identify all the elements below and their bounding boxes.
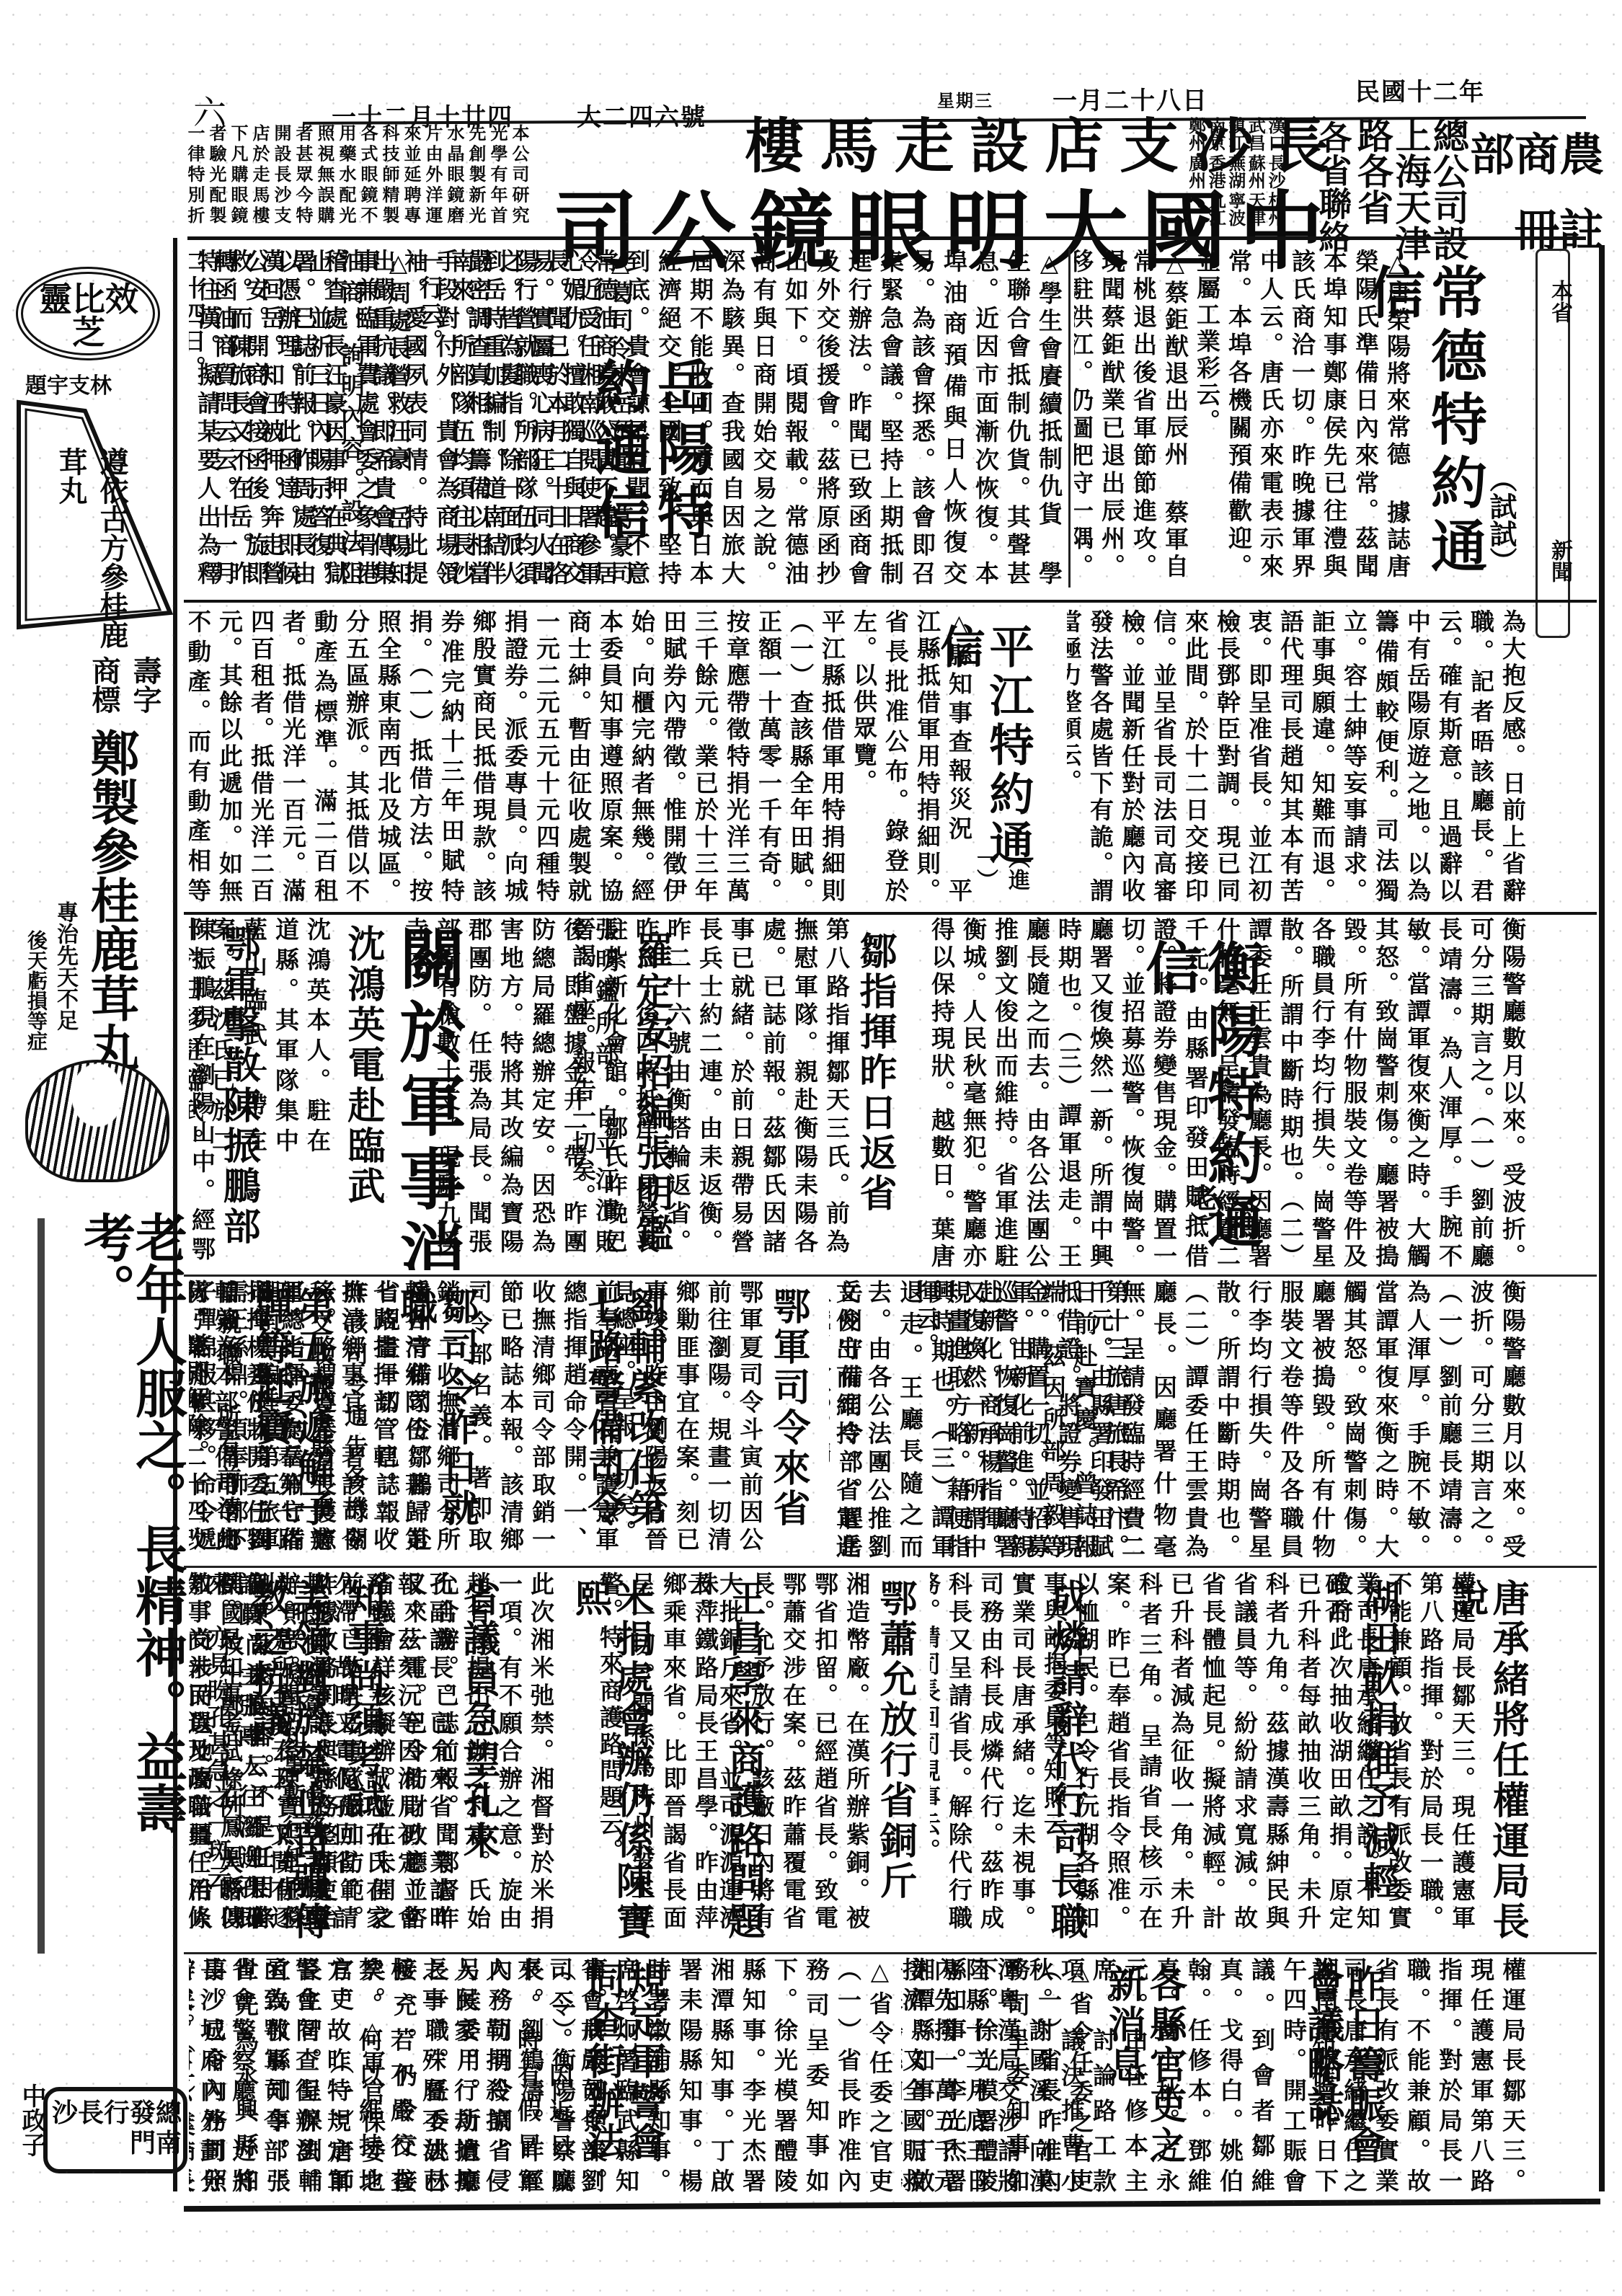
paragraph: △葛司令來岳預聞 葛豪司令近受任湘南巡閱使署參軍長。聞已於本月二十日在洛陽行營就… [414, 249, 636, 588]
subarticle-title: 湖田畝捐准予減輕 [1357, 1579, 1399, 1902]
provincial-right: 唐承緒將任權運局長說 權運局長鄒天三。現任護憲軍第八路指揮。對於局長一職。不能兼… [930, 1572, 1528, 1946]
subarticle-body: 權運局長鄒天三。現任護憲軍第八路指揮。對於局長一職。不能兼顧。故省長有派改委實業… [1399, 1957, 1528, 2195]
branch-city: 南京 [1206, 117, 1226, 151]
paragraph: △周處長營救汪豪 岳陽知事兼臨軍費處會委之象骨港稽查處長汪豪因事押在典獄署。已誌… [189, 249, 414, 588]
branch-city: 九江 [1206, 192, 1226, 226]
subarticle-title: 王昌學來商護路問題 [723, 1579, 764, 1942]
military-middle: 鄒指揮昨日返省 第八路指揮鄒天三氏。前為撫慰軍隊。親赴衡陽耒陽各處。已誌前報。茲… [477, 917, 924, 1270]
branch-city: 蘇州 [1246, 154, 1266, 189]
paragraph: 平江縣抵借軍用特捐細則（一）查該縣全年田賦。正額一十萬零一千有奇。按章應帶徵特捐… [189, 609, 848, 905]
column-divider [1068, 249, 1071, 588]
row-rule-2 [184, 912, 1597, 915]
oval-title: 效比靈芝 [27, 283, 150, 349]
subarticle-body: 陳振鵬現在瀏陽山中。經鄂軍方團長查悉。派軍前往瀏陽東鄉。暴行清鄉。比將陳部擊散。… [189, 917, 218, 1263]
article-body-right: △學生會賡續抵制仇貨 學生聯合會抵制仇貨。其聲甚息。近因市面漸次恢復。本埠油商預… [719, 249, 1065, 588]
article-body: △唐榮陽將來常德 據誌唐榮陽氏準備日內來常。茲聞本埠知事鄭康侯先已往澧與該氏商洽… [1074, 249, 1413, 580]
article-body: 為大抱反感。日前上省辭職。記者晤該廳長。君云。確有斯意。且過辭以中有岳陽原遊之地… [1067, 609, 1528, 905]
subarticle-title: 羅定安招編張明鑑 [631, 931, 672, 1254]
branch-city: 天津 [1246, 192, 1266, 226]
bottom-left: △省令任委之官吏 （一）省長昨准內務司呈委知事如下。徐光模署醴陵縣知事。李光杰署… [189, 1957, 895, 2202]
masthead-republic-year: 民國十二年 [1355, 72, 1485, 107]
oval-caption: 林支宇題 [25, 368, 112, 399]
bottom-right: 昨日籌賑會會議略誌 湖南籌賑會昨日下午四時。開工賑會議。到會者鄒維真。戈得白。姚… [901, 1957, 1528, 2202]
branch-city: 蕪湖 [1226, 154, 1246, 189]
left-ad: 效比靈芝 林支宇題 遵依古方參桂鹿茸丸 壽字商標 鄭製參桂鹿茸丸 專治先天不足 … [0, 238, 173, 2199]
banner-registration: 農商部註冊 [1467, 117, 1604, 269]
subarticle-body: 實業司長唐承緒。迄未視事。司務由科長成燐代行。茲昨成科長又呈請省長。解除代行職務… [930, 1572, 1038, 1932]
article-body: 衡陽警廳數月以來。受波折。可分三期言之。（一）劉前廳長靖濤。為人渾厚。手腕不敏。… [930, 917, 1528, 1270]
subarticle-title: 知事尚須考試 [342, 1579, 384, 1821]
subarticle-body: 張明鑑所部。自平江潰敗後。即盤據金井一帶。昨團防總局羅總辦定安。因恐為害地方。特… [477, 917, 621, 1256]
military-row4-right: 衡陽警廳數月以來。受波折。可分三期言之。（一）劉前廳長靖濤。為人渾厚。手腕不敏。… [829, 1280, 1528, 1561]
pennant-text: 遵依古方參桂鹿茸丸 [50, 447, 133, 663]
article-pingjiang: 平江特約通信 （進一） △縣知事查報災況 平江縣抵借軍用特捐細則。省長批准公布。… [189, 609, 1061, 905]
article-body: △縣知事查報災況 平江縣抵借軍用特捐細則。省長批准公布。錄登於左。以供眾覽。 平… [189, 609, 975, 905]
subarticle-body: 岳州守備司令鄒鵬。赴省規畫一切。已誌報。昨該司令通告各機關云。略謂遵奉省長護憲軍… [347, 1280, 434, 1553]
article-misc-top-right: 為大抱反感。日前上省辭職。記者晤該廳長。君云。確有斯意。且過辭以中有岳陽原遊之地… [1067, 609, 1528, 905]
brand-mark: 壽字商標 [94, 656, 166, 728]
branch-city: 鄭州 [1186, 117, 1206, 151]
subarticle-body: 第八路指揮鄒天三氏。前為撫慰軍隊。親赴衡陽耒陽各處。已誌前報。茲鄒氏因諸事已就緒… [679, 917, 852, 1256]
section-tab-top: 本省 [1543, 280, 1575, 323]
section-tab-bottom: 新聞 [1543, 539, 1575, 582]
subarticle-body: 衡陽警廳數月以來。受波折。可分三期言之。（一）劉前廳長靖濤。為人渾厚。手腕不敏。… [1168, 1280, 1528, 1561]
indication-1: 專治先天不足 [49, 901, 81, 1089]
subarticle-title: 各縣官吏之新消息 [1103, 1964, 1185, 2202]
slogan-side-rule [37, 1218, 45, 1954]
distributor: 總發行長沙南門 [52, 2098, 182, 2158]
subarticle-body: 孔副議長。已允來省。業誌昨報。茲刻沅等因湘局初定。會務亟待人主持。誠恐孔氏在家久… [391, 1572, 456, 1932]
branch-city: 廣州 [1186, 154, 1206, 189]
branch-city: 武昌 [1246, 117, 1266, 151]
subarticle-title: 鄂軍擊散陳振鵬部 [218, 924, 259, 1247]
subarticle-body: △省令任委之官吏 （一）省長昨准內務司呈委知事如下。徐光模署醴陵縣知事。李光杰署… [901, 1957, 1096, 2195]
banner-intro-text: 本公司研究光學有年首先創製新光水晶眼鏡磨片由外洋運來並延聘專科技師精製各式眼鏡不… [184, 124, 530, 223]
row-rule-4 [184, 1566, 1597, 1568]
military-left: 沈鴻英電赴臨武 沈鴻英本人。駐在道縣。其軍隊集中藍山臨武一帶在案。茲沈氏已於二十… [189, 917, 384, 1270]
banner-bottom-rule [187, 236, 1586, 240]
row-rule-1 [184, 600, 1597, 603]
subarticle-title: 成燐請辭代行司長職 [1045, 1579, 1086, 1942]
article-yueyang: 岳陽特約通信 （立立） △學生會賡續抵制仇貨 學生聯合會抵制仇貨。其聲甚息。近因… [189, 249, 1065, 588]
provincial-middle: 鄂蕭允放行省銅斤 湘造幣廠。在漢所辦紫銅。被鄂省扣留。已經趙省長。致電鄂蕭交涉在… [562, 1572, 923, 1946]
row-rule-5 [184, 1952, 1597, 1954]
paragraph: △縣知事查報災況 平江縣抵借軍用特捐細則。省長批准公布。錄登於左。以供眾覽。 [848, 609, 975, 905]
subarticle-body: 省會戒嚴司令部劉司令。因近日以來。時有假冒軍人。勒捐殺掠。侵入民家。行劫搶掠之事… [189, 1957, 607, 2195]
subarticle-body: 鄂軍夏司令斗寅前因公前往瀏陽。規畫一切清鄉勦匪事宜在案。刻已事竣。昨由瀏陽返省晉… [672, 1280, 766, 1553]
article-byline: （進一） [969, 847, 1032, 905]
subarticle-body: 前奉湖南省長兼護憲軍總指揮趙命令開。一、收撫清鄉司令部取銷一節已略誌本報。該清鄉… [477, 1280, 621, 1553]
article-byline: （試試） [1481, 465, 1521, 575]
subarticle-title: 美領對於禁止苗疆傳教之抗議 [247, 1579, 329, 1946]
subarticle-body: 美國牧士鄭尚仁在鳳凰縣傳教。交涉而以地屬苗疆。治人教禁傳教。會被傳教。美國教士逃… [189, 1572, 247, 1932]
paragraph: 衡陽警廳數月以來。受波折。可分三期言之。（一）劉前廳長靖濤。為人渾厚。手腕不敏。… [930, 917, 1528, 1270]
top-banner: 本公司研究光學有年首先創製新光水晶眼鏡磨片由外洋運來並延聘專科技師精製各式眼鏡不… [184, 124, 1604, 218]
subarticle-title: 沈鴻英電赴臨武 [342, 924, 384, 1207]
article-changde: 常德特約通信 （試試） △唐榮陽將來常德 據誌唐榮陽氏準備日內來常。茲聞本埠知事… [1074, 249, 1528, 588]
branch-city: 漢口 [1265, 117, 1285, 151]
subarticle-body: 權運局長鄒天三。現任護憲軍第八路指揮。對於局長一職。不能兼顧。故省長有派改委實業… [1413, 1572, 1478, 1932]
paragraph: △唐榮陽將來常德 據誌唐榮陽氏準備日內來常。茲聞本埠知事鄭康侯先已往澧與該氏商洽… [1191, 249, 1413, 580]
paragraph: △蔡鉅猷退出辰州 蔡軍自常桃退出後省軍節節進攻。現聞蔡鉅猷業已退出辰州。移駐洪江… [1074, 249, 1191, 580]
branch-city: 杭州 [1265, 192, 1285, 226]
article-body-left: △葛司令來岳預聞 葛豪司令近受任湘南巡閱使署參軍長。聞已於本月二十日在洛陽行營就… [189, 249, 636, 588]
subarticle-title: 鄒指揮昨日返省 [854, 931, 895, 1214]
branch-city: 香港 [1206, 154, 1226, 189]
subarticle-title: 鄂蕭允放行省銅斤 [874, 1579, 916, 1902]
branch-city: 寧波 [1226, 192, 1246, 226]
subarticle-body: 政府此次抽收湖田畝捐。原定已升科者每畝抽收三角。未升科者九角。茲據漢壽縣紳民與省… [1125, 1572, 1355, 1932]
article-military: 關於軍事消息一束 沈鴻英電赴臨武 沈鴻英本人。駐在道縣。其軍隊集中藍山臨武一帶在… [189, 917, 924, 1270]
elder-portrait-image [25, 1060, 169, 1182]
branch-city: 鎮江 [1226, 117, 1246, 151]
subarticle-body: 岳州守備司令部。趕岳組織司令部。編... [829, 1280, 865, 1561]
slogan: 老年人服之。長精神。益壽考。 [79, 1211, 183, 1932]
subarticle-body: 此次湘米弛禁。湘督對於米捐一項。有不願合辦之意。旋由趙省長提出分辦之利害。氏始允… [506, 1572, 557, 1932]
subarticle-body: 湘造幣廠。在漢所辦紫銅。被鄂省扣留。已經趙省長。致電鄂蕭交涉在案。茲昨蕭覆電省長… [771, 1572, 872, 1932]
subarticle-body: △省令任委之官吏 （一）省長昨准內務司呈委知事如下。徐光模署醴陵縣知事。李光杰署… [679, 1957, 895, 2195]
article-hengyang: 衡陽特約通信 （樵老） 衡陽警廳數月以來。受波折。可分三期言之。（一）劉前廳長靖… [930, 917, 1528, 1270]
masthead-date-right: 一月二十八日 [1052, 81, 1208, 116]
branch-city: 長沙 [1265, 154, 1285, 189]
row-rule-3 [184, 1275, 1597, 1277]
subarticle-title: 鄂軍司令來省 [768, 1287, 809, 1529]
subarticle-title: 米捐處會辦仍係陳寶熙 [570, 1579, 652, 1946]
military-row4-left: 鄂軍司令來省 鄂軍夏司令斗寅前因公前往瀏陽。規畫一切清鄉勦匪事宜在案。刻已事竣。… [189, 1280, 823, 1561]
masthead-weekday: 星期三 [937, 87, 993, 112]
section-tab: 本省 新聞 [1535, 249, 1570, 638]
right-page-border [1599, 245, 1605, 2191]
paragraph: 為大抱反感。日前上省辭職。記者晤該廳長。君云。確有斯意。且過辭以中有岳陽原遊之地… [1067, 609, 1528, 905]
distributor-shop: 中政子 [14, 2083, 50, 2157]
subarticle-title: 省議員急望孔來 [458, 1579, 499, 1861]
provincial-left: 此次湘米弛禁。湘督對於米捐一項。有不願合辦之意。旋由趙省長提出分辦之利害。氏始允… [189, 1572, 557, 1946]
subarticle-body: 第十三旅唐旅長希汴。日前赴寶慶。曾誌報端。茲因所部周毅等軍。由新化前進。特親赴新… [872, 1280, 1132, 1561]
subarticle-body: 湖南暫編陸軍第五旅軍需正孫鼎。頃奉師部下子彈棉服甚夥。命令遞解寶慶。准於本午前十… [189, 1280, 283, 1553]
branch-list: 漢口長沙杭州武昌蘇州天津鎮江蕪湖寧波南京香港九江鄭州廣州 [1186, 117, 1285, 247]
